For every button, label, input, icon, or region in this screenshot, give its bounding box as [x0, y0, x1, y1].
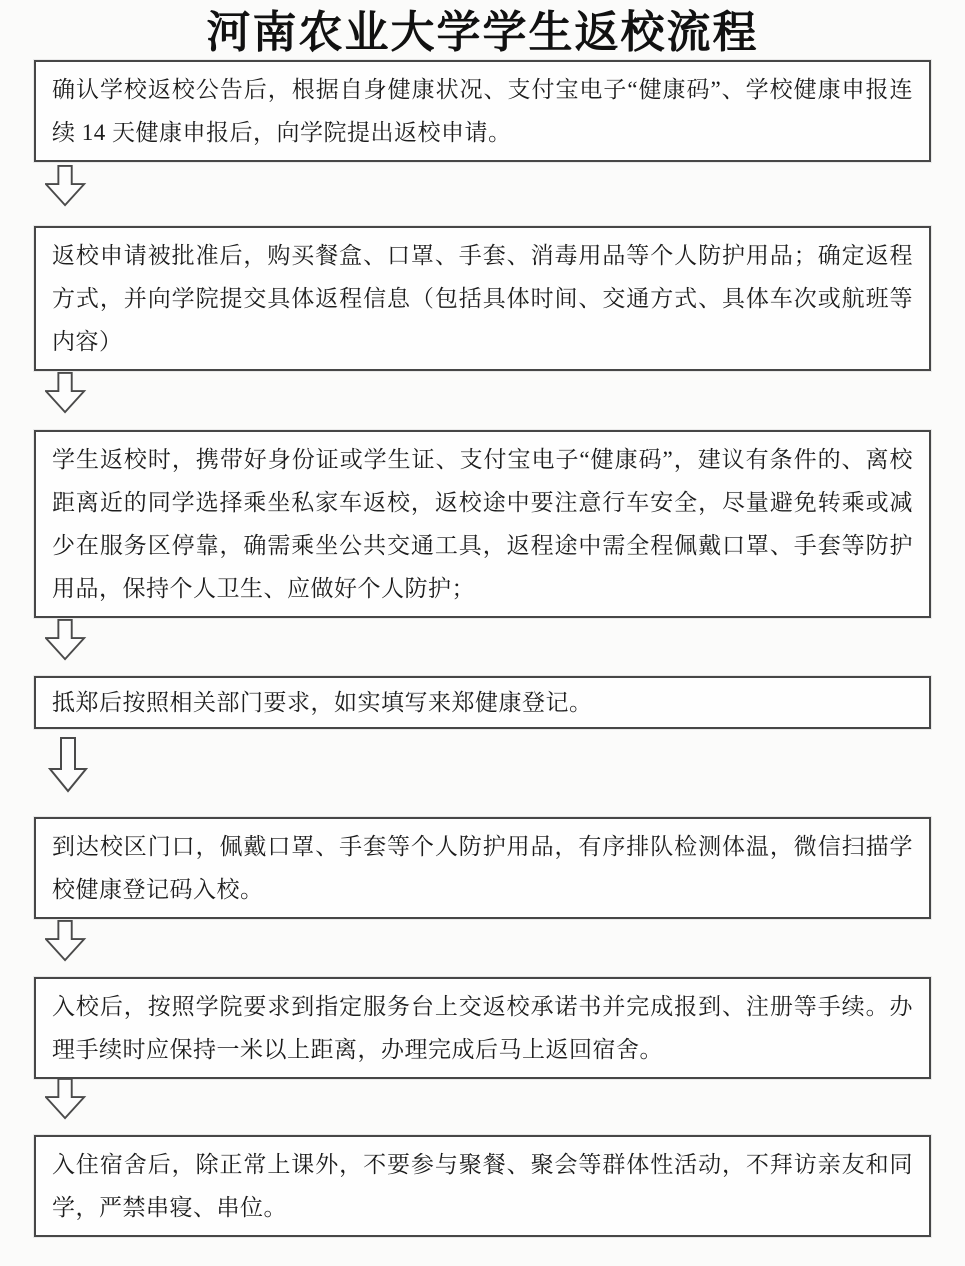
down-arrow-icon: [45, 371, 87, 415]
down-arrow-icon: [45, 164, 87, 208]
flow-step-7: 入住宿舍后，除正常上课外，不要参与聚餐、聚会等群体性活动，不拜访亲友和同学，严禁…: [34, 1135, 931, 1237]
down-arrow-icon: [45, 618, 87, 662]
flowchart-page: 河南农业大学学生返校流程 确认学校返校公告后，根据自身健康状况、支付宝电子“健康…: [0, 0, 965, 1266]
down-arrow-icon: [45, 1077, 87, 1121]
flow-step-2: 返校申请被批准后，购买餐盒、口罩、手套、消毒用品等个人防护用品；确定返程方式，并…: [34, 226, 931, 371]
flow-step-6: 入校后，按照学院要求到指定服务台上交返校承诺书并完成报到、注册等手续。办理手续时…: [34, 977, 931, 1079]
flow-step-4: 抵郑后按照相关部门要求，如实填写来郑健康登记。: [34, 676, 931, 729]
flow-step-1: 确认学校返校公告后，根据自身健康状况、支付宝电子“健康码”、学校健康申报连续 1…: [34, 60, 931, 162]
flow-step-3: 学生返校时，携带好身份证或学生证、支付宝电子“健康码”，建议有条件的、离校距离近…: [34, 430, 931, 618]
page-title: 河南农业大学学生返校流程: [0, 0, 965, 60]
down-arrow-icon: [45, 919, 87, 963]
down-arrow-icon: [48, 737, 88, 793]
flow-step-5: 到达校区门口，佩戴口罩、手套等个人防护用品，有序排队检测体温，微信扫描学校健康登…: [34, 817, 931, 919]
